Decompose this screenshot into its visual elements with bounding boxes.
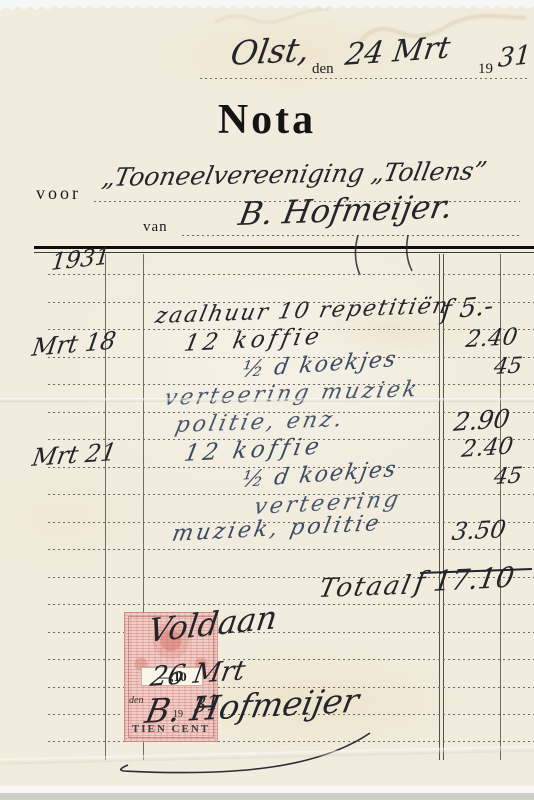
ledger-row-amount: 3.50 xyxy=(450,515,508,546)
ledger-row-amount: 2.40 xyxy=(464,324,519,353)
total-amount: f 17.10 xyxy=(412,560,517,599)
date-ruling-line xyxy=(200,78,530,80)
torn-top-edge xyxy=(0,0,534,16)
ledger-row-amount: 2.40 xyxy=(460,433,515,463)
total-label: Totaal xyxy=(316,571,415,604)
van-label: van xyxy=(143,219,168,236)
row-ruling xyxy=(48,274,534,276)
scanned-invoice: Olst, den 24 Mrt 19 31 Nota voor „Toonee… xyxy=(0,0,534,800)
ledger-row-amount: 2.90 xyxy=(452,404,512,437)
scan-bottom-grey-strip xyxy=(0,793,534,800)
document-title: Nota xyxy=(0,96,534,144)
date-handwritten: 24 Mrt xyxy=(343,30,453,73)
scan-bottom-white-strip xyxy=(0,786,534,793)
voor-value-handwritten: „Tooneelvereeniging „Tollens” xyxy=(100,156,489,192)
ledger-year: 1931 xyxy=(50,243,111,276)
place-handwritten: Olst, xyxy=(228,30,312,73)
ledger-row-amount: f 5.- xyxy=(440,291,495,326)
year-printed: 19 xyxy=(478,61,493,78)
ledger-row-desc: muziek, politie xyxy=(170,511,384,547)
row-ruling xyxy=(48,604,534,606)
row-ruling xyxy=(48,632,534,634)
row-ruling xyxy=(48,659,534,661)
ledger-row-desc: verteering muziek xyxy=(162,377,422,411)
stamp-den-label: den xyxy=(129,695,143,706)
van-value-handwritten: B. Hofmeijer. xyxy=(236,187,456,233)
year-handwritten: 31 xyxy=(497,40,532,74)
den-label: den xyxy=(312,61,334,78)
ledger-row-amount: 45 xyxy=(492,353,524,380)
ledger-row-amount: 45 xyxy=(492,463,524,490)
voor-label: voor xyxy=(36,183,81,204)
row-ruling xyxy=(48,549,534,551)
paper-crease xyxy=(0,398,534,402)
